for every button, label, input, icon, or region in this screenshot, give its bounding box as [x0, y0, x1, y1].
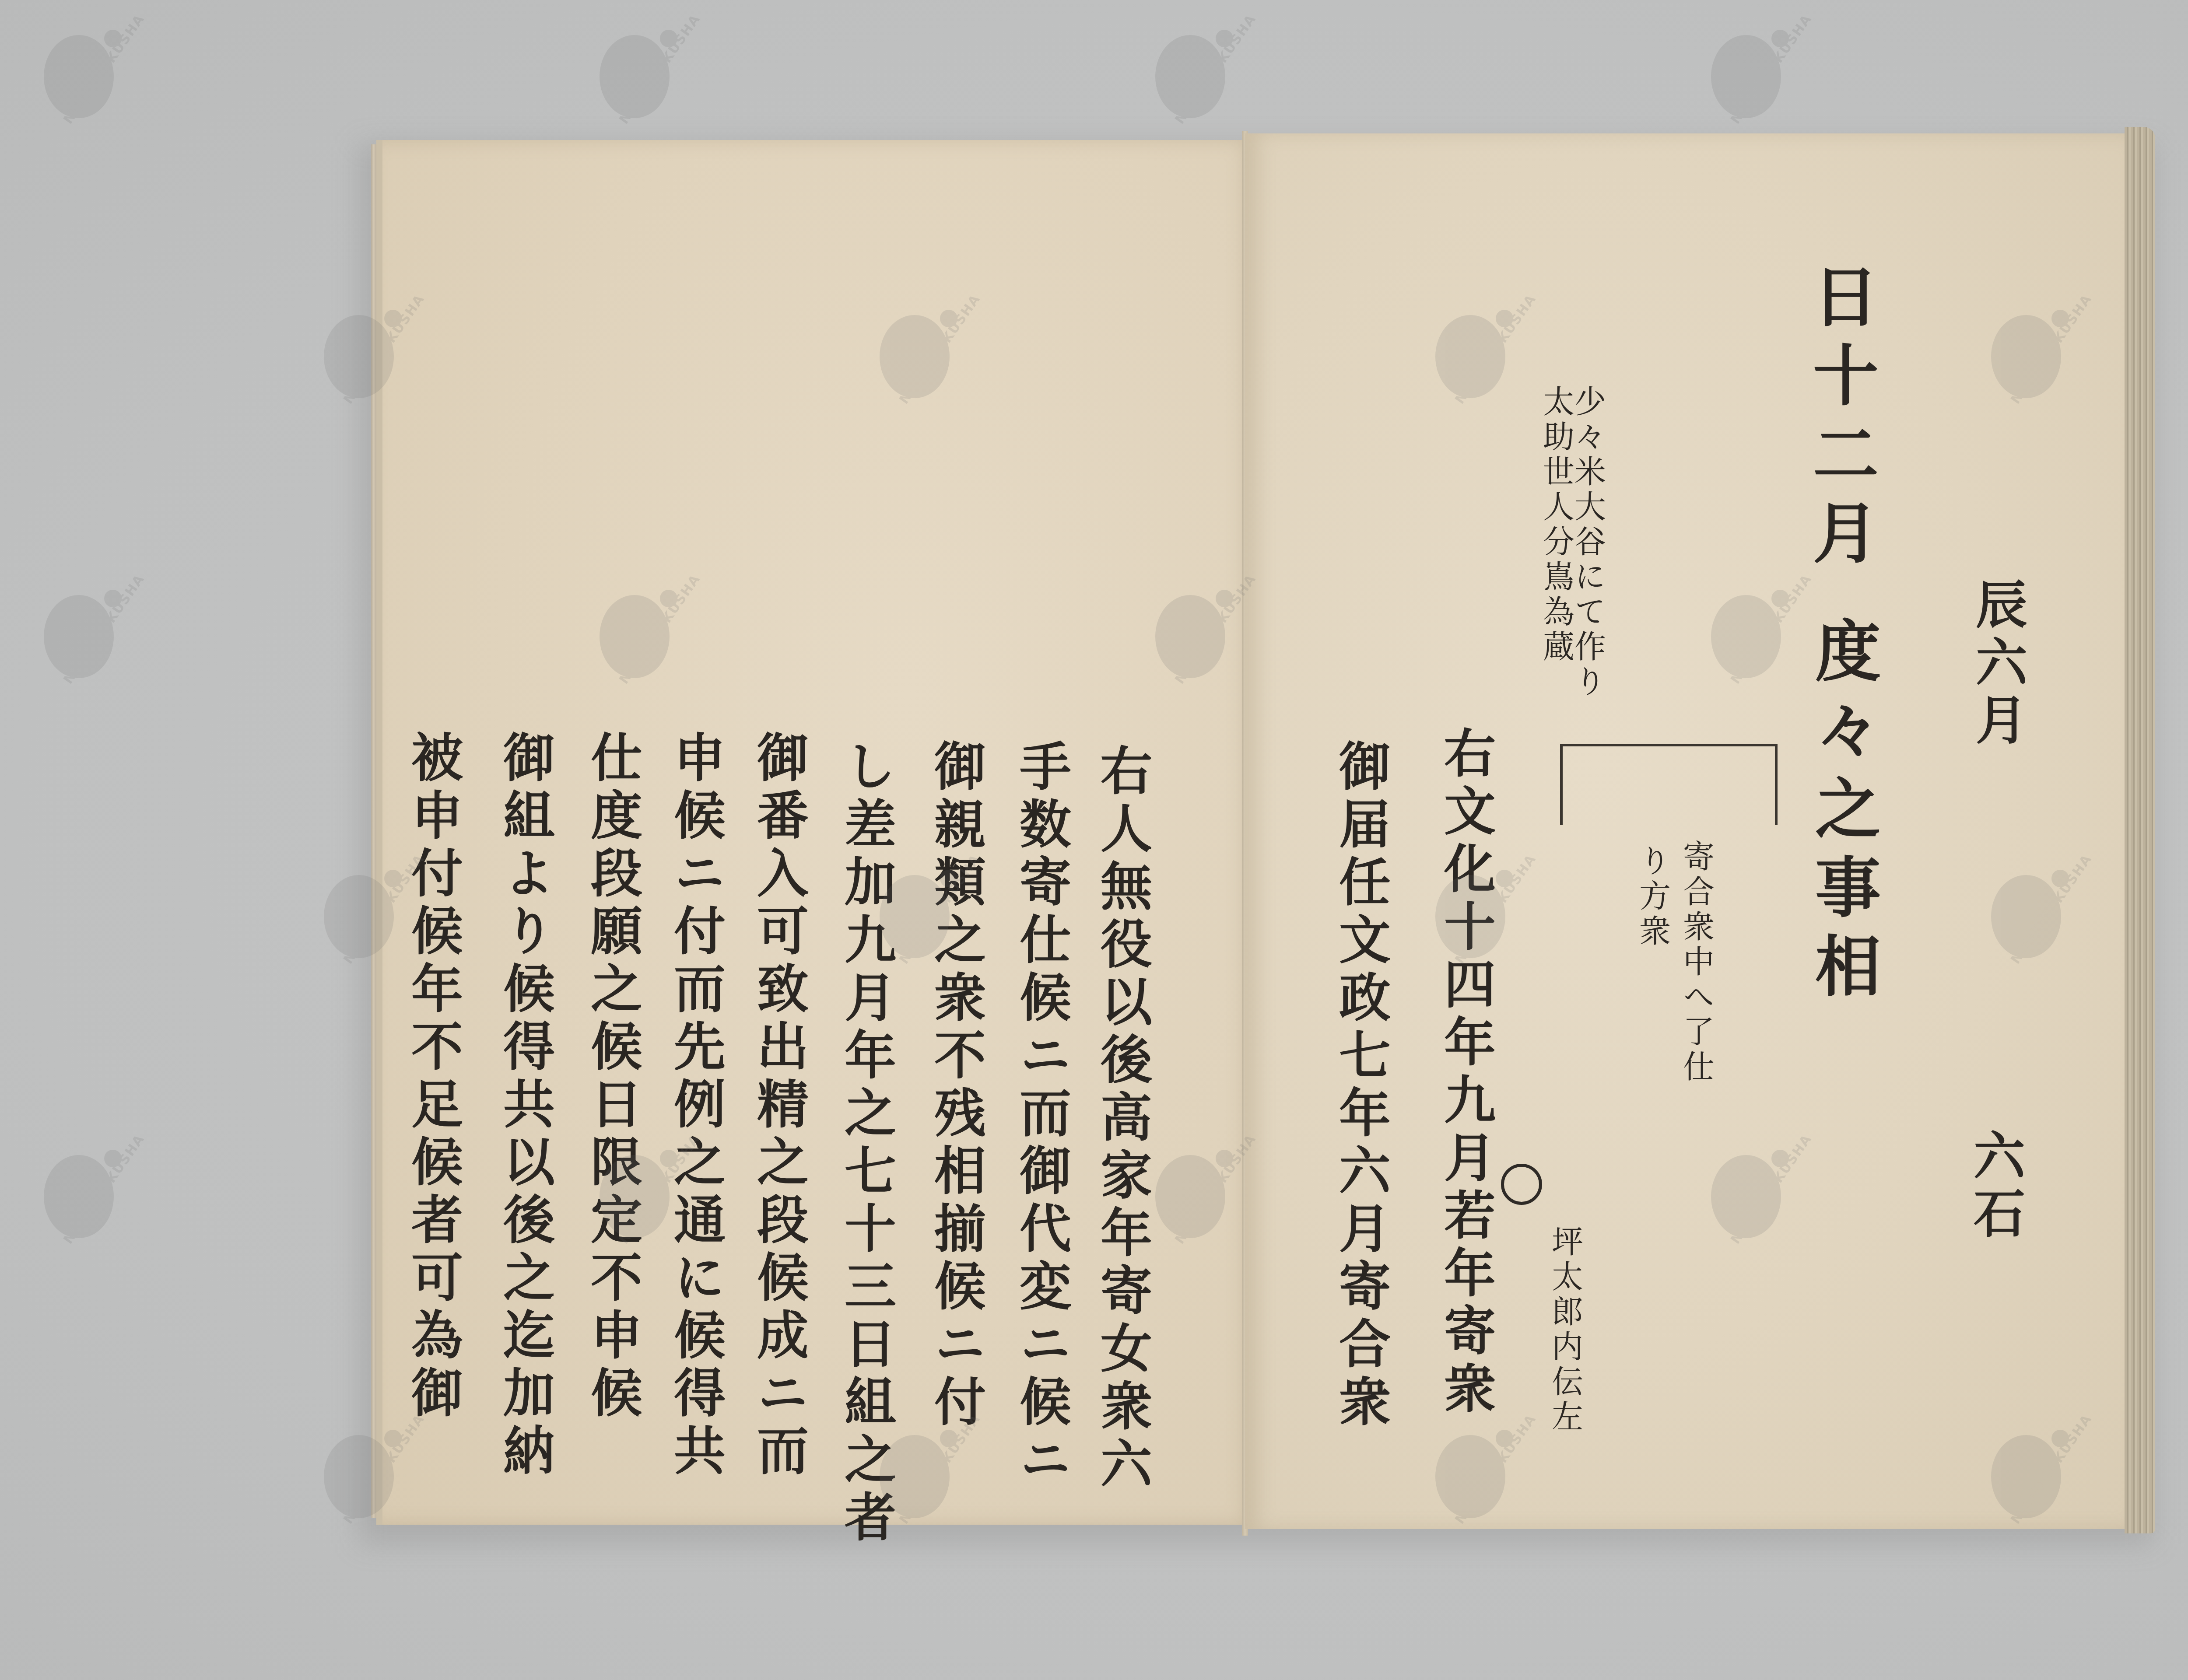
fore-edge: [2125, 127, 2155, 1533]
text-column: し差加九月年之七十三日組之者: [840, 739, 892, 1548]
bracket-mark: [1560, 744, 1778, 825]
text-column: 御親類之衆不残相揃候ニ付: [930, 739, 982, 1432]
text-column: 申候ニ付而先例之通に候得共: [670, 731, 721, 1481]
open-book: 辰六月 六石 日十二月 度々之事相 少々米大谷にて作り太助世人分嶌為蔵 寄合衆中…: [0, 0, 2188, 1680]
text-column-signature: 坪太郎内伝左: [1549, 1225, 1581, 1435]
text-column-title: 日十二月: [1807, 262, 1873, 577]
text-column: 御組より候得共以後之迄加納: [499, 731, 551, 1481]
text-column: 寄合衆中へ了仕: [1680, 840, 1712, 1085]
circle-mark: [1501, 1164, 1542, 1205]
text-column: り方衆: [1637, 844, 1668, 949]
text-column: 御番入可致出精之段候成ニ而: [753, 731, 804, 1481]
text-column: 度々之事相: [1809, 617, 1875, 1011]
text-column: 被申付候年不足候者可為御: [407, 731, 459, 1424]
text-column: 六石: [1969, 1129, 2021, 1244]
text-column: 右人無役以後高家年寄女衆六: [1096, 744, 1148, 1494]
text-column-annotation: 少々米大谷にて作り太助世人分嶌為蔵: [1540, 385, 1603, 717]
text-column: 辰六月: [1971, 577, 2023, 751]
text-column: 御届任文政七年六月寄合衆: [1335, 739, 1386, 1432]
text-column: 右文化十四年九月若年寄衆: [1440, 726, 1491, 1419]
text-column: 仕度段願之候日限定不申候: [586, 731, 638, 1424]
text-column: 手数寄仕候ニ而御代変ニ候ニ: [1015, 739, 1067, 1490]
